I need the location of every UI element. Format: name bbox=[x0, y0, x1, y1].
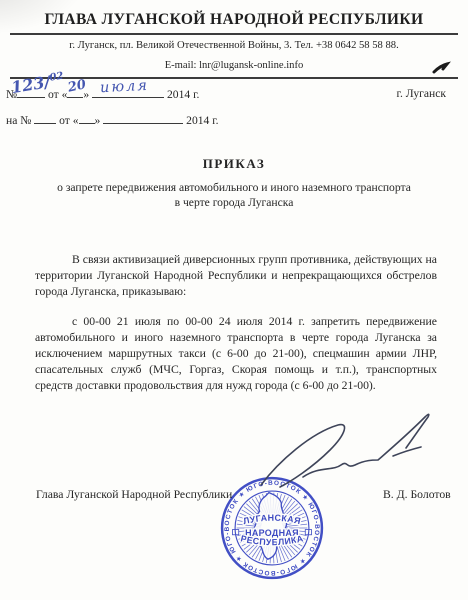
org-email: E-mail: lnr@lugansk-online.info bbox=[0, 60, 468, 71]
document-type-title: ПРИКАЗ bbox=[0, 156, 468, 172]
handwritten-month: июля bbox=[100, 78, 150, 97]
blank-reply-day bbox=[79, 112, 95, 124]
blank-reply-month bbox=[103, 112, 183, 124]
org-title: ГЛАВА ЛУГАНСКОЙ НАРОДНОЙ РЕСПУБЛИКИ bbox=[0, 11, 468, 29]
subject-line-1: о запрете передвижения автомобильного и … bbox=[0, 181, 468, 194]
signer-position-title: Глава Луганской Народной Республики bbox=[36, 488, 232, 501]
reply-reference-line: на № от «» 2014 г. bbox=[6, 112, 219, 127]
reply-prefix: на № bbox=[6, 114, 31, 127]
pen-mark bbox=[430, 60, 452, 76]
city-label: г. Луганск bbox=[397, 87, 447, 100]
body-paragraph-directive: с 00-00 21 июля по 00-00 24 июля 2014 г.… bbox=[35, 314, 437, 394]
reply-year-label: 2014 г. bbox=[186, 114, 218, 127]
subject-line-2: в черте города Луганска bbox=[0, 196, 468, 209]
handwritten-signature bbox=[245, 403, 450, 503]
org-address: г. Луганск, пл. Великой Отечественной Во… bbox=[0, 40, 468, 51]
reply-from-label: от « bbox=[59, 114, 78, 127]
scanned-document-page: ГЛАВА ЛУГАНСКОЙ НАРОДНОЙ РЕСПУБЛИКИ г. Л… bbox=[0, 0, 468, 600]
letterhead-divider-top bbox=[10, 33, 458, 35]
reply-quote-close: » bbox=[95, 114, 101, 127]
body-paragraph-preamble: В связи активизацией диверсионных групп … bbox=[35, 252, 437, 300]
year-label: 2014 г. bbox=[167, 88, 199, 101]
blank-reply-number bbox=[34, 112, 56, 124]
